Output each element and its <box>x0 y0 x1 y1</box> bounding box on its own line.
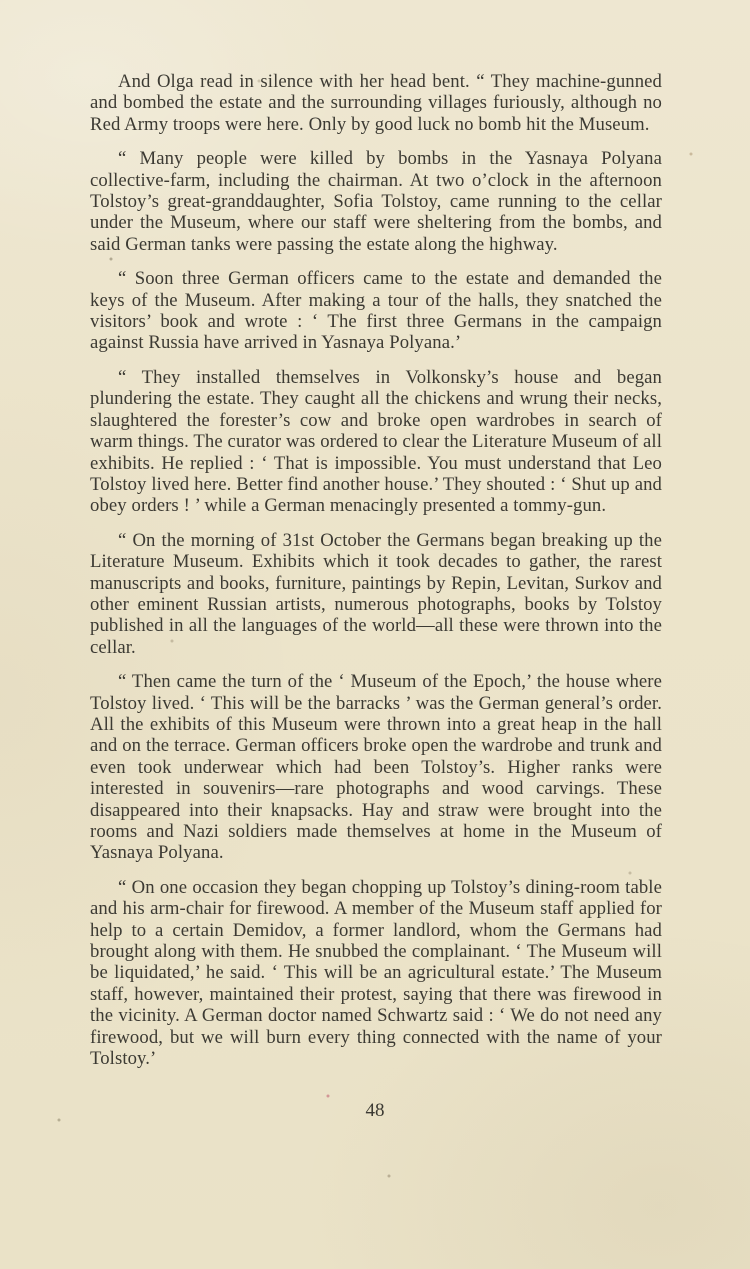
paragraph-7: “ On one occasion they began chopping up… <box>90 877 662 1070</box>
paragraph-1: And Olga read in silence with her head b… <box>90 71 662 135</box>
paragraph-3: “ Soon three German officers came to the… <box>90 268 662 354</box>
paragraph-4: “ They installed themselves in Volkonsky… <box>90 367 662 517</box>
paragraph-5: “ On the morning of 31st October the Ger… <box>90 530 662 658</box>
paragraph-2: “ Many people were killed by bombs in th… <box>90 148 662 255</box>
page-number: 48 <box>0 1100 750 1122</box>
text-block: And Olga read in silence with her head b… <box>90 71 662 1082</box>
paragraph-6: “ Then came the turn of the ‘ Museum of … <box>90 671 662 864</box>
book-page: And Olga read in silence with her head b… <box>0 0 750 1269</box>
